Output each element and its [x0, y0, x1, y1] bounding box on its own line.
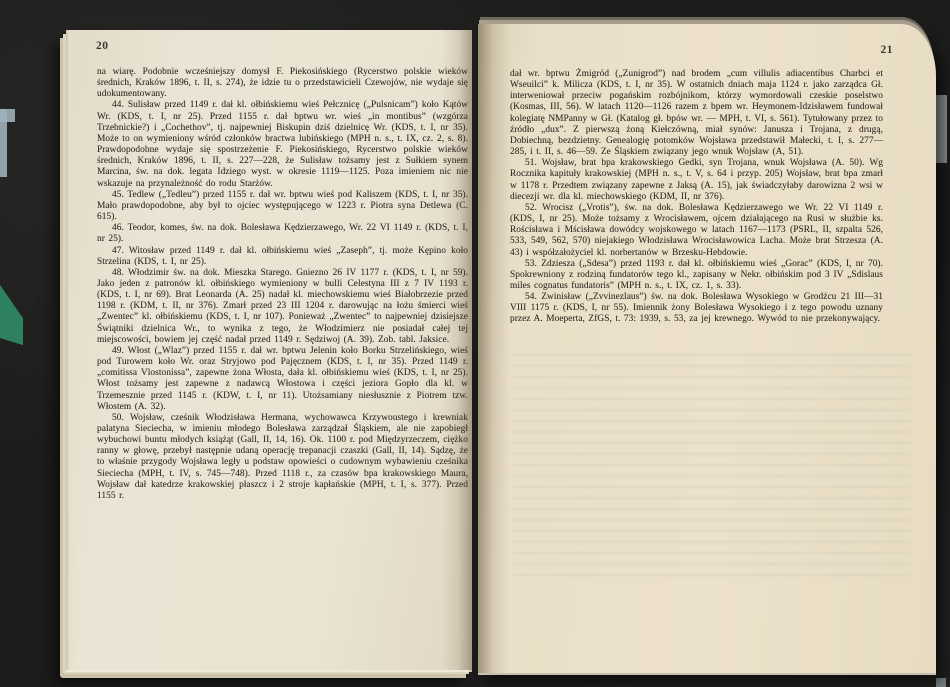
paragraph-entry-47: 47. Witosław przed 1149 r. dał kl. ołbiń…: [97, 246, 468, 268]
left-page-text-column: na wiarę. Podobnie wcześniejszy domysł F…: [97, 67, 468, 502]
paragraph-entry-48: 48. Włodzimir św. na dok. Mieszka Stareg…: [97, 268, 468, 346]
page-bottom-edge: [478, 673, 936, 675]
paragraph-entry-54: 54. Zwinisław („Zvvinezlaus”) św. na dok…: [510, 292, 883, 325]
paragraph-entry-52: 52. Wrocisz („Vrotis”), św. na dok. Bole…: [510, 203, 883, 259]
book-page-left: 20 na wiarę. Podobnie wcześniejszy domys…: [66, 30, 472, 670]
paragraph-entry-49: 49. Włost („Wlaz”) przed 1155 r. dał wr.…: [97, 346, 468, 413]
edge-gray-tab: [936, 95, 947, 163]
right-page-text-column: dał wr. bptwu Żmigród („Zunigrod”) nad b…: [510, 69, 883, 326]
paragraph-entry-51: 51. Wojsław, brat bpa krakowskiego Gedki…: [510, 158, 883, 203]
page-bottom-edge: [66, 670, 472, 672]
corner-bracket-mark: [0, 109, 16, 177]
paragraph-continuation: na wiarę. Podobnie wcześniejszy domysł F…: [97, 67, 468, 100]
book-page-right: 21 dał wr. bptwu Żmigród („Zunigrod”) na…: [478, 24, 936, 673]
page-number-right: 21: [881, 44, 894, 56]
paragraph-entry-45: 45. Tedlew („Tedleu”) przed 1155 r. dał …: [97, 190, 468, 223]
paragraph-continuation: dał wr. bptwu Żmigród („Zunigrod”) nad b…: [510, 69, 883, 158]
edge-gray-notch: [936, 678, 946, 687]
paragraph-entry-53: 53. Zdziesza („Sdesa”) przed 1193 r. dał…: [510, 259, 883, 292]
paragraph-entry-50: 50. Wojsław, cześnik Włodzisława Hermana…: [97, 413, 468, 502]
paragraph-entry-44: 44. Sulisław przed 1149 r. dał kl. ołbiń…: [97, 100, 468, 189]
page-number-left: 20: [96, 40, 109, 52]
paragraph-entry-46: 46. Teodor, komes, św. na dok. Bolesława…: [97, 223, 468, 245]
scan-background: 20 na wiarę. Podobnie wcześniejszy domys…: [0, 0, 950, 687]
bracket-vertical-bar: [0, 109, 7, 177]
